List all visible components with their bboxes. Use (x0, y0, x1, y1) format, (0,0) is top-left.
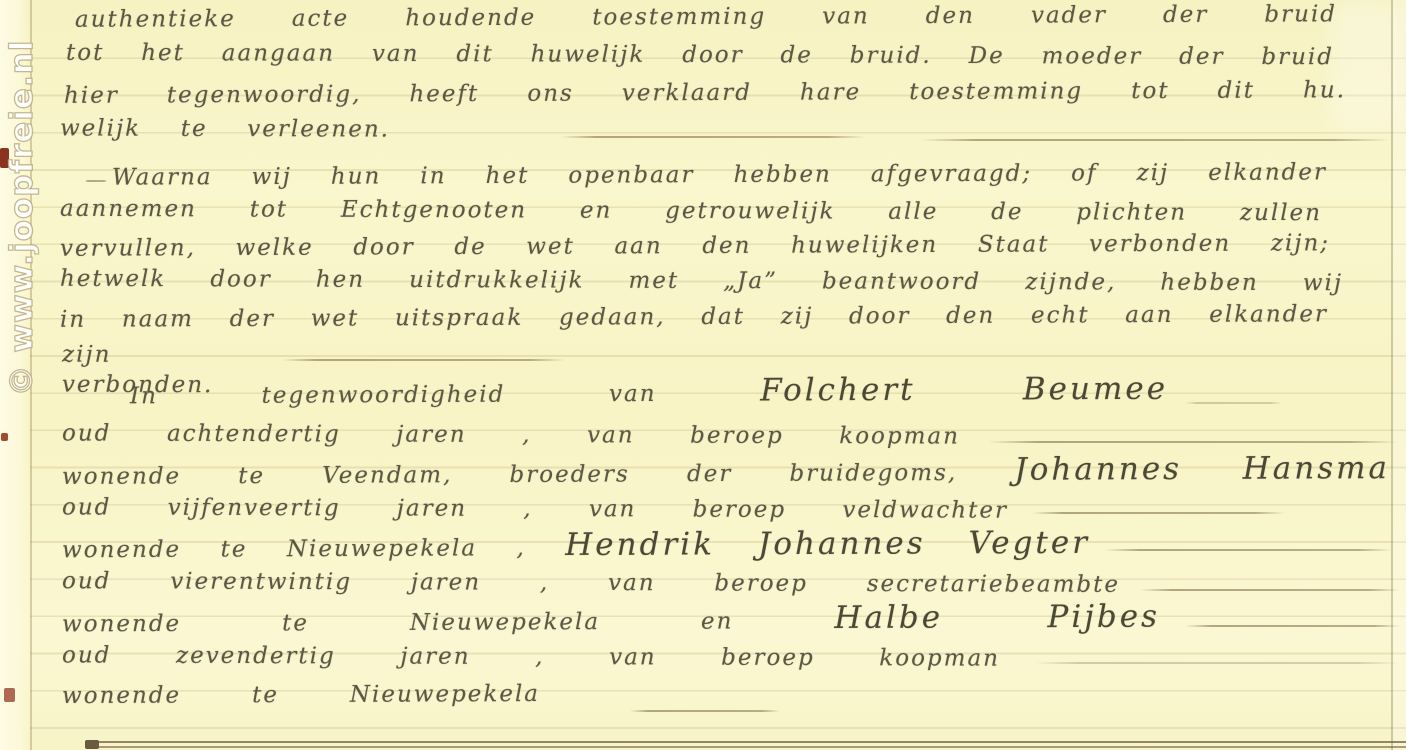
line-text: wonende te Nieuwepekela , (62, 535, 526, 563)
handwritten-line: authentieke acte houdende toestemming va… (75, 0, 1337, 35)
handwritten-line: tot het aangaan van dit huwelijk door de… (66, 38, 1334, 72)
line-text: aannemen tot Echtgenooten en getrouwelij… (60, 196, 1322, 226)
ink-filler-line (1185, 402, 1282, 404)
ink-filler-line (282, 359, 565, 361)
line-text: Waarna wij hun in het openbaar hebben af… (112, 159, 1327, 190)
witness-name: Johannes Hansma (1014, 450, 1390, 488)
ink-filler-line (1140, 589, 1400, 591)
line-text: welijk te verleenen. (60, 115, 390, 142)
scanned-marriage-record: authentieke acte houdende toestemming va… (0, 0, 1406, 750)
bottom-rule-line (85, 746, 1406, 748)
ink-filler-line (1105, 549, 1392, 551)
ink-filler-line (1185, 625, 1400, 627)
line-text: oud vierentwintig jaren , van beroep sec… (62, 568, 1120, 598)
ink-dash (85, 180, 107, 182)
scan-artifact (85, 740, 99, 749)
ink-filler-line (560, 136, 865, 138)
line-text: hier tegenwoordig, heeft ons verklaard h… (64, 77, 1346, 109)
ink-filler-line (1035, 662, 1400, 664)
handwritten-line: welijk te verleenen. (60, 113, 390, 144)
handwritten-line: aannemen tot Echtgenooten en getrouwelij… (60, 194, 1322, 228)
line-text: oud vijfenveertig jaren , van beroep vel… (62, 494, 1008, 523)
ink-filler-line (920, 139, 1390, 141)
handwritten-line: in naam der wet uitspraak gedaan, dat zi… (60, 299, 1328, 335)
handwritten-line: oud vijfenveertig jaren , van beroep vel… (62, 492, 1008, 525)
handwritten-line-witness-4: wonende te Nieuwepekela en Halbe Pijbes (62, 602, 1160, 640)
handwritten-line: oud vierentwintig jaren , van beroep sec… (62, 566, 1120, 600)
ink-dash (630, 710, 780, 712)
handwritten-line-witness-2: wonende te Veendam, broeders der bruideg… (62, 453, 1390, 492)
page-right-edge (1393, 0, 1406, 750)
line-text: vervullen, welke door de wet aan den huw… (60, 230, 1330, 262)
handwritten-line: wonende te Nieuwepekela (62, 679, 540, 711)
scan-artifact (0, 148, 9, 168)
handwritten-line-witness-1: In tegenwoordigheid van Folchert Beumee (130, 374, 1168, 412)
line-text: wonende te Nieuwepekela en (62, 608, 734, 637)
page-left-edge (0, 0, 30, 750)
bottom-rule-line (85, 741, 1406, 743)
handwritten-line: oud achtendertig jaren , van beroep koop… (62, 418, 960, 451)
ink-filler-line (1032, 512, 1285, 514)
handwritten-line: vervullen, welke door de wet aan den huw… (60, 228, 1330, 264)
handwritten-line: hier tegenwoordig, heeft ons verklaard h… (64, 75, 1346, 111)
witness-name: Halbe Pijbes (834, 599, 1160, 636)
witness-name: Hendrik Johannes Vegter (565, 525, 1090, 563)
margin-rule-line (30, 0, 32, 750)
handwritten-line: Waarna wij hun in het openbaar hebben af… (112, 157, 1327, 192)
line-text: in naam der wet uitspraak gedaan, dat zi… (60, 301, 1328, 333)
line-text: hetwelk door hen uitdrukkelijk met „Ja” … (60, 266, 1343, 296)
witness-name: Folchert Beumee (760, 371, 1168, 409)
handwritten-line-witness-3: wonende te Nieuwepekela , Hendrik Johann… (62, 528, 1090, 565)
line-text: oud zevendertig jaren , van beroep koopm… (62, 642, 1000, 671)
scan-artifact (1, 433, 8, 441)
handwritten-line: hetwelk door hen uitdrukkelijk met „Ja” … (60, 264, 1343, 298)
line-text: tot het aangaan van dit huwelijk door de… (66, 40, 1334, 70)
line-text: wonende te Nieuwepekela (62, 681, 540, 709)
line-text: oud achtendertig jaren , van beroep koop… (62, 420, 960, 449)
scan-artifact (4, 688, 15, 702)
handwritten-line: oud zevendertig jaren , van beroep koopm… (62, 640, 1000, 673)
line-text: authentieke acte houdende toestemming va… (75, 1, 1337, 33)
line-text: wonende te Veendam, broeders der bruideg… (62, 460, 957, 490)
ink-filler-line (988, 441, 1398, 443)
line-text: In tegenwoordigheid van (130, 381, 657, 409)
